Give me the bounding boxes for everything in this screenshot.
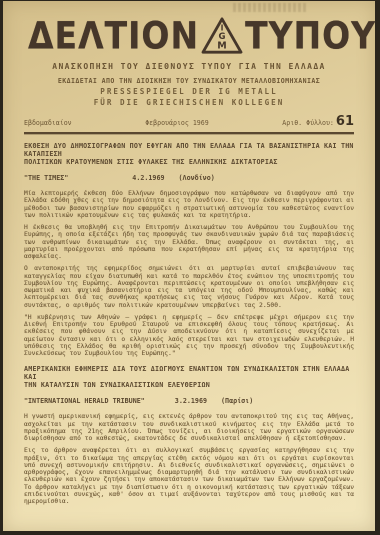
issue-meta-row: Εβδομαδιαίον Φεβρουάριος 1969 Αριθ. Φύλλ… [24, 116, 354, 127]
article-2-headline-line2: ΤΗΝ ΚΑΤΑΛΥΣΙΝ ΤΩΝ ΣΥΝΔΙΚΑΛΙΣΤΙΚΩΝ ΕΛΕΥΘΕ… [24, 381, 354, 389]
article-2-place: (Παρίσι) [221, 397, 253, 405]
article-2-headline: ΑΜΕΡΙΚΑΝΙΚΗ ΕΦΗΜΕΡΙΣ ΔΙΑ ΤΟΥΣ ΔΙΩΓΜΟΥΣ Ε… [24, 365, 354, 389]
ig-metall-logo-icon: I G M [201, 17, 243, 55]
paper-sheet: ΔΕΛΤΙΟΝ I G M ΤΥΠΟΥ ΑΝΑΣΚΟΠΗΣΗ ΤΟΥ ΔΙΕΘΝ… [3, 1, 375, 531]
article-2: ΑΜΕΡΙΚΑΝΙΚΗ ΕΦΗΜΕΡΙΣ ΔΙΑ ΤΟΥΣ ΔΙΩΓΜΟΥΣ Ε… [24, 365, 354, 505]
scanned-bulletin-page: ΔΕΛΤΙΟΝ I G M ΤΥΠΟΥ ΑΝΑΣΚΟΠΗΣΗ ΤΟΥ ΔΙΕΘΝ… [0, 0, 380, 535]
article-1-place: (Λονδίνο) [179, 174, 215, 182]
svg-text:M: M [217, 40, 226, 51]
article-2-source-line: "INTERNATIONAL HERALD TRIBUNE" 3.2.1969 … [24, 397, 354, 405]
article-2-date: 3.2.1969 [175, 397, 207, 405]
article-1-paragraph: Μία λεπτομερής έκθεση δύο Ελλήνων δημοσι… [24, 190, 354, 219]
publisher-line: ΕΚΔΙΔΕΤΑΙ ΑΠΟ ΤΗΝ ΔΙΟΙΚΗΣΗ ΤΟΥ ΣΥΝΔΙΚΑΤΟ… [24, 77, 354, 85]
article-1-paragraph: Η έκθεσις θα υποβληθή εις την Επιτροπήν … [24, 224, 354, 260]
article-1: ΕΚΘΕΣΗ ΔΥΟ ΔΗΜΟΣΙΟΓΡΑΦΩΝ ΠΟΥ ΕΦΥΓΑΝ ΑΠΟ … [24, 142, 354, 357]
article-1-headline: ΕΚΘΕΣΗ ΔΥΟ ΔΗΜΟΣΙΟΓΡΑΦΩΝ ΠΟΥ ΕΦΥΓΑΝ ΑΠΟ … [24, 142, 354, 166]
article-1-paragraph: Ο ανταποκριτής της εφημερίδος σημειώνει … [24, 265, 354, 309]
masthead: ΔΕΛΤΙΟΝ I G M ΤΥΠΟΥ [24, 17, 354, 55]
article-2-paragraph: Εις το άρθρον αναφέρεται ότι αι συλλογικ… [24, 447, 354, 505]
issue-number-group: Αριθ. Φύλλου: 61 [282, 116, 354, 127]
issue-number-value: 61 [336, 116, 354, 127]
article-2-source: "INTERNATIONAL HERALD TRIBUNE" [24, 397, 145, 405]
issue-date: Φεβρουάριος 1969 [72, 119, 283, 127]
bulletin-subtitle: ΑΝΑΣΚΟΠΗΣΗ ΤΟΥ ΔΙΕΘΝΟΥΣ ΤΥΠΟΥ ΓΙΑ ΤΗΝ ΕΛ… [24, 62, 354, 71]
masthead-divider-rule [24, 132, 354, 134]
masthead-title-right: ΤΥΠΟΥ [245, 16, 376, 56]
article-2-body: Η γνωστή αμερικανική εφημερίς, εις εκτεν… [24, 413, 354, 505]
german-title-line1: PRESSESPIEGEL DER IG METALL [24, 87, 354, 96]
article-1-source: "ΤΗΕ ΤΙΜΕΣ" [24, 174, 68, 182]
article-1-headline-line2: ΠΟΛΙΤΙΚΩΝ ΚΡΑΤΟΥΜΕΝΩΝ ΣΤΙΣ ΦΥΛΑΚΕΣ ΤΗΣ Ε… [24, 158, 354, 166]
article-1-paragraph: "Η κυβέρνησις των Αθηνών — γράφει η εφημ… [24, 314, 354, 358]
issue-number-label: Αριθ. Φύλλου: [282, 119, 334, 127]
article-1-source-line: "ΤΗΕ ΤΙΜΕΣ" 4.2.1969 (Λονδίνο) [24, 174, 354, 182]
frequency-label: Εβδομαδιαίον [24, 119, 72, 127]
article-1-date: 4.2.1969 [132, 174, 164, 182]
article-2-headline-line1: ΑΜΕΡΙΚΑΝΙΚΗ ΕΦΗΜΕΡΙΣ ΔΙΑ ΤΟΥΣ ΔΙΩΓΜΟΥΣ Ε… [24, 365, 354, 381]
article-1-headline-line1: ΕΚΘΕΣΗ ΔΥΟ ΔΗΜΟΣΙΟΓΡΑΦΩΝ ΠΟΥ ΕΦΥΓΑΝ ΑΠΟ … [24, 142, 354, 158]
article-2-paragraph: Η γνωστή αμερικανική εφημερίς, εις εκτεν… [24, 413, 354, 442]
german-title-line2: FÜR DIE GRIECHISCHEN KOLLEGEN [24, 98, 354, 107]
article-1-body: Μία λεπτομερής έκθεση δύο Ελλήνων δημοσι… [24, 190, 354, 357]
masthead-title-left: ΔΕΛΤΙΟΝ [28, 16, 199, 56]
